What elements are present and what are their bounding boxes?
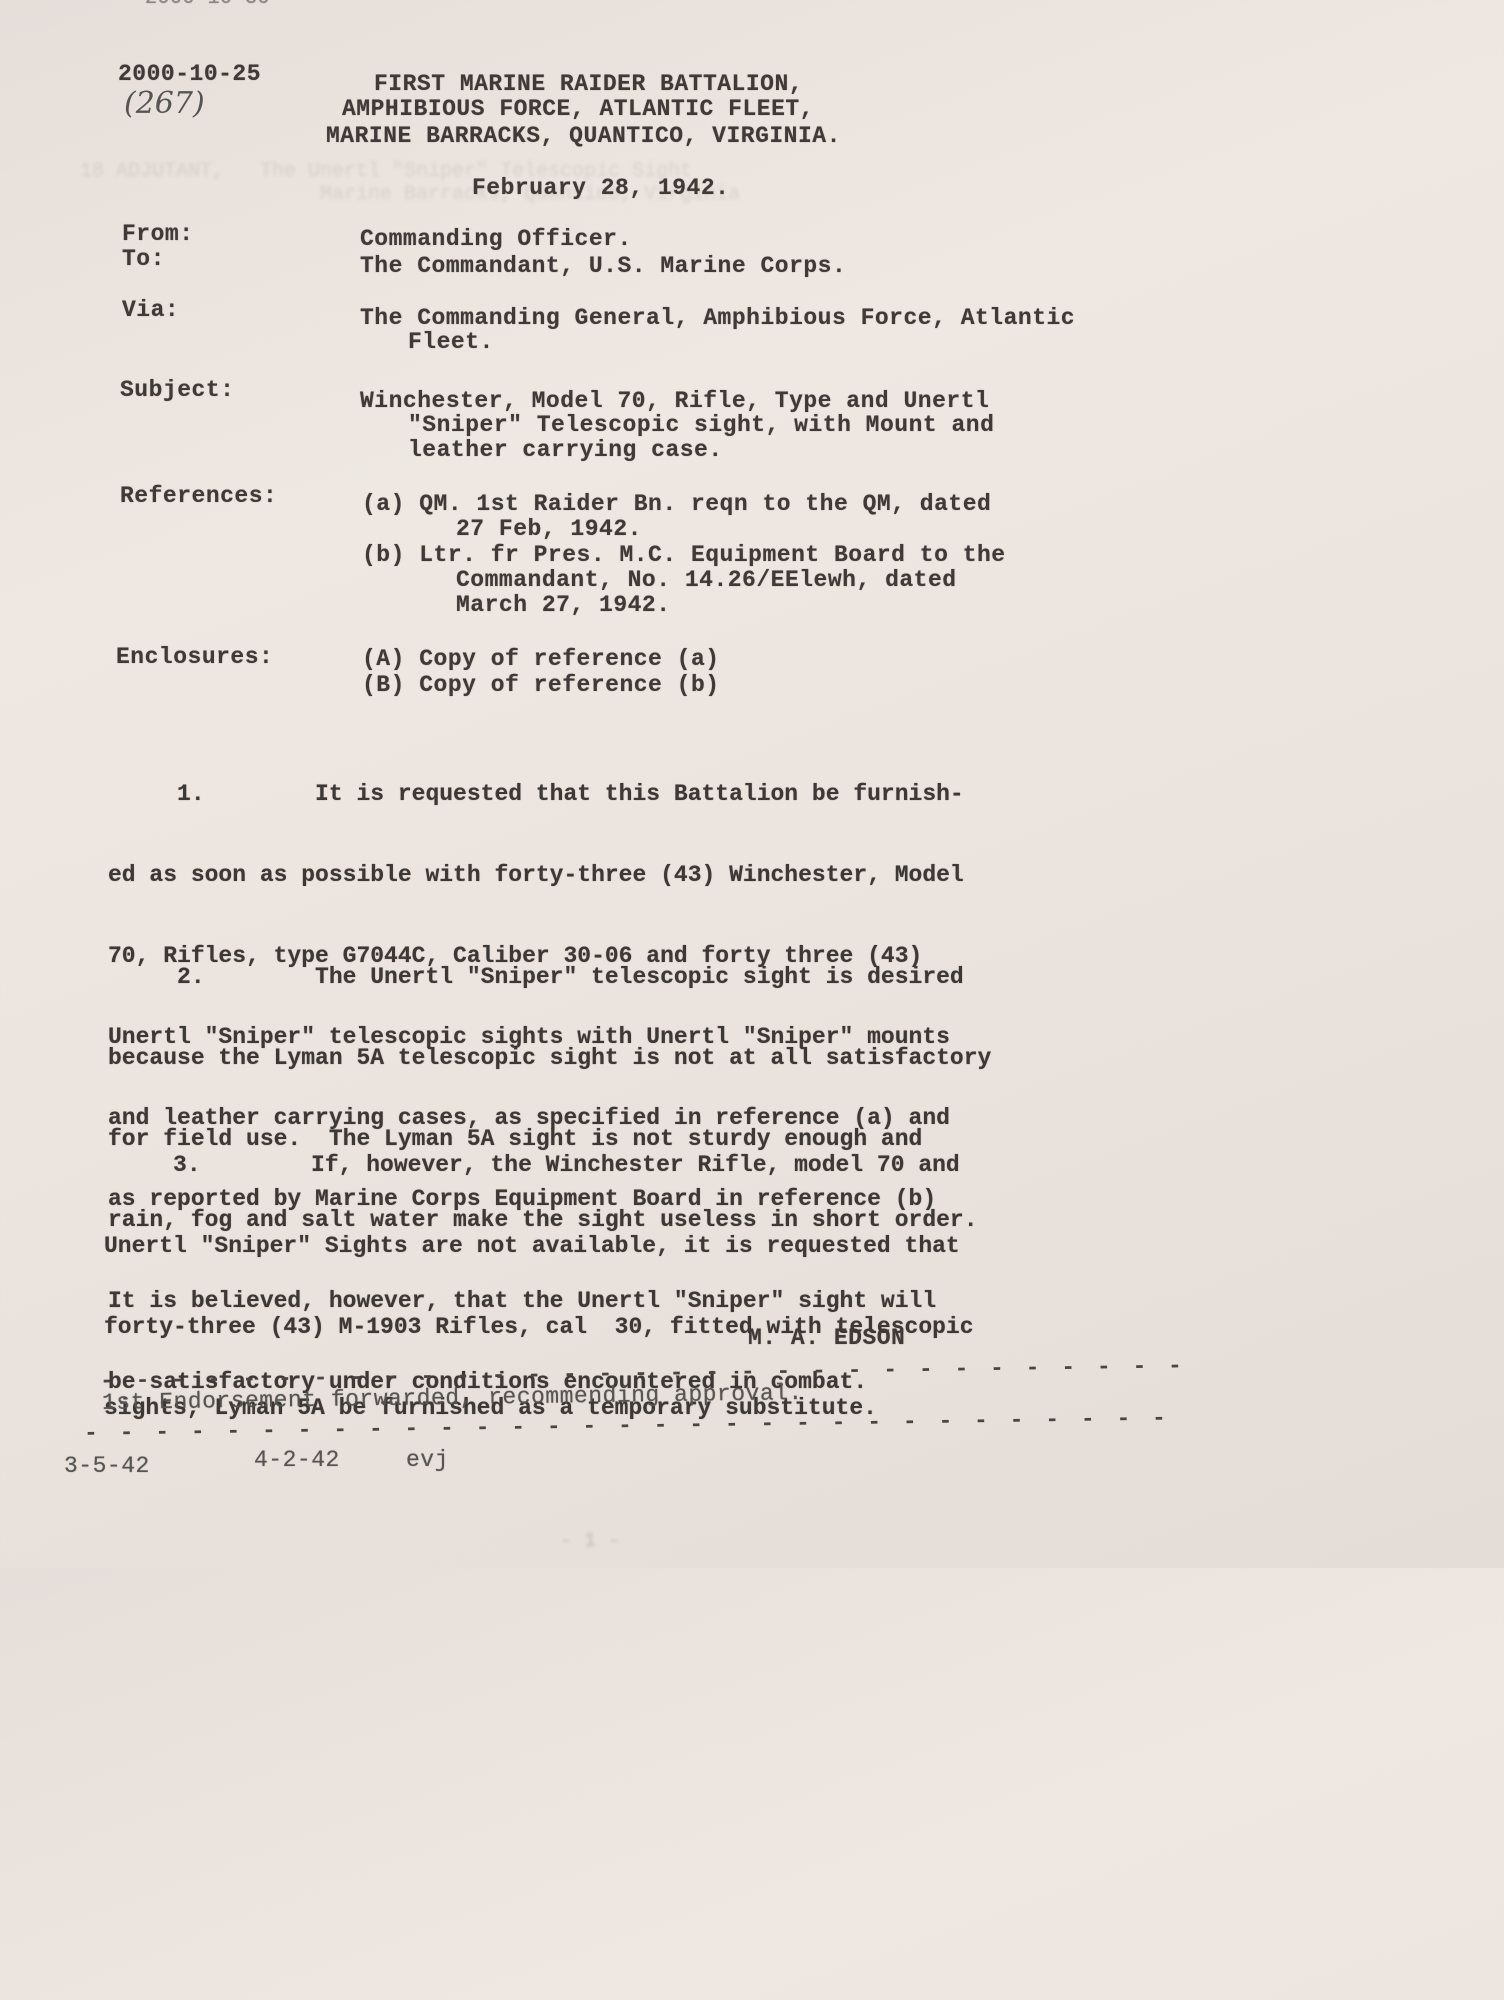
reference-b-line-2: Commandant, No. 14.26/EElewh, dated — [456, 568, 957, 593]
letter-date: February 28, 1942. — [472, 176, 729, 201]
org-line-2: AMPHIBIOUS FORCE, ATLANTIC FLEET, — [342, 97, 814, 122]
from-label: From: — [122, 222, 194, 247]
subject-line-2: "Sniper" Telescopic sight, with Mount an… — [408, 413, 994, 438]
subject-line-3: leather carrying case. — [408, 438, 723, 463]
to-value: The Commandant, U.S. Marine Corps. — [360, 254, 846, 279]
document-page: 18 ADJUTANT, The Unertl "Sniper" Telesco… — [0, 0, 1179, 1568]
file-number-top: 2000-10-30 — [145, 0, 270, 11]
via-value-1: The Commanding General, Amphibious Force… — [360, 306, 1075, 331]
via-value-2: Fleet. — [408, 330, 494, 355]
paragraph-line: ed as soon as possible with forty-three … — [108, 862, 1148, 889]
footer-initials: evj — [406, 1448, 449, 1473]
from-value: Commanding Officer. — [360, 227, 632, 252]
reference-b-line-1: (b) Ltr. fr Pres. M.C. Equipment Board t… — [362, 543, 1006, 568]
enclosures-label: Enclosures: — [116, 645, 273, 670]
paragraph-line: 3. If, however, the Winchester Rifle, mo… — [104, 1152, 1144, 1179]
handwritten-note: (267) — [124, 86, 205, 121]
paragraph-line: 2. The Unertl "Sniper" telescopic sight … — [108, 964, 1148, 991]
org-line-1: FIRST MARINE RAIDER BATTALION, — [374, 72, 803, 97]
to-label: To: — [122, 247, 165, 272]
org-line-3: MARINE BARRACKS, QUANTICO, VIRGINIA. — [326, 124, 841, 149]
file-number: 2000-10-25 — [118, 62, 261, 87]
reference-a-line-1: (a) QM. 1st Raider Bn. reqn to the QM, d… — [362, 492, 991, 517]
footer-date-1: 3-5-42 — [64, 1454, 150, 1479]
subject-label: Subject: — [120, 378, 234, 403]
paragraph-line: because the Lyman 5A telescopic sight is… — [108, 1045, 1148, 1072]
subject-line-1: Winchester, Model 70, Rifle, Type and Un… — [360, 389, 989, 414]
reference-b-line-3: March 27, 1942. — [456, 593, 671, 618]
references-label: References: — [120, 484, 277, 509]
via-label: Via: — [122, 298, 179, 323]
paragraph-line: Unertl "Sniper" Sights are not available… — [104, 1233, 1144, 1260]
paragraph-line: 1. It is requested that this Battalion b… — [108, 781, 1148, 808]
signature: M. A. EDSON — [748, 1326, 905, 1351]
enclosure-b: (B) Copy of reference (b) — [362, 673, 720, 698]
reference-a-line-2: 27 Feb, 1942. — [456, 517, 642, 542]
enclosure-a: (A) Copy of reference (a) — [362, 647, 720, 672]
footer-date-2: 4-2-42 — [254, 1448, 340, 1473]
page-number: - 1 - — [560, 1530, 620, 1553]
paragraph-line: forty-three (43) M-1903 Rifles, cal 30, … — [104, 1314, 1144, 1341]
